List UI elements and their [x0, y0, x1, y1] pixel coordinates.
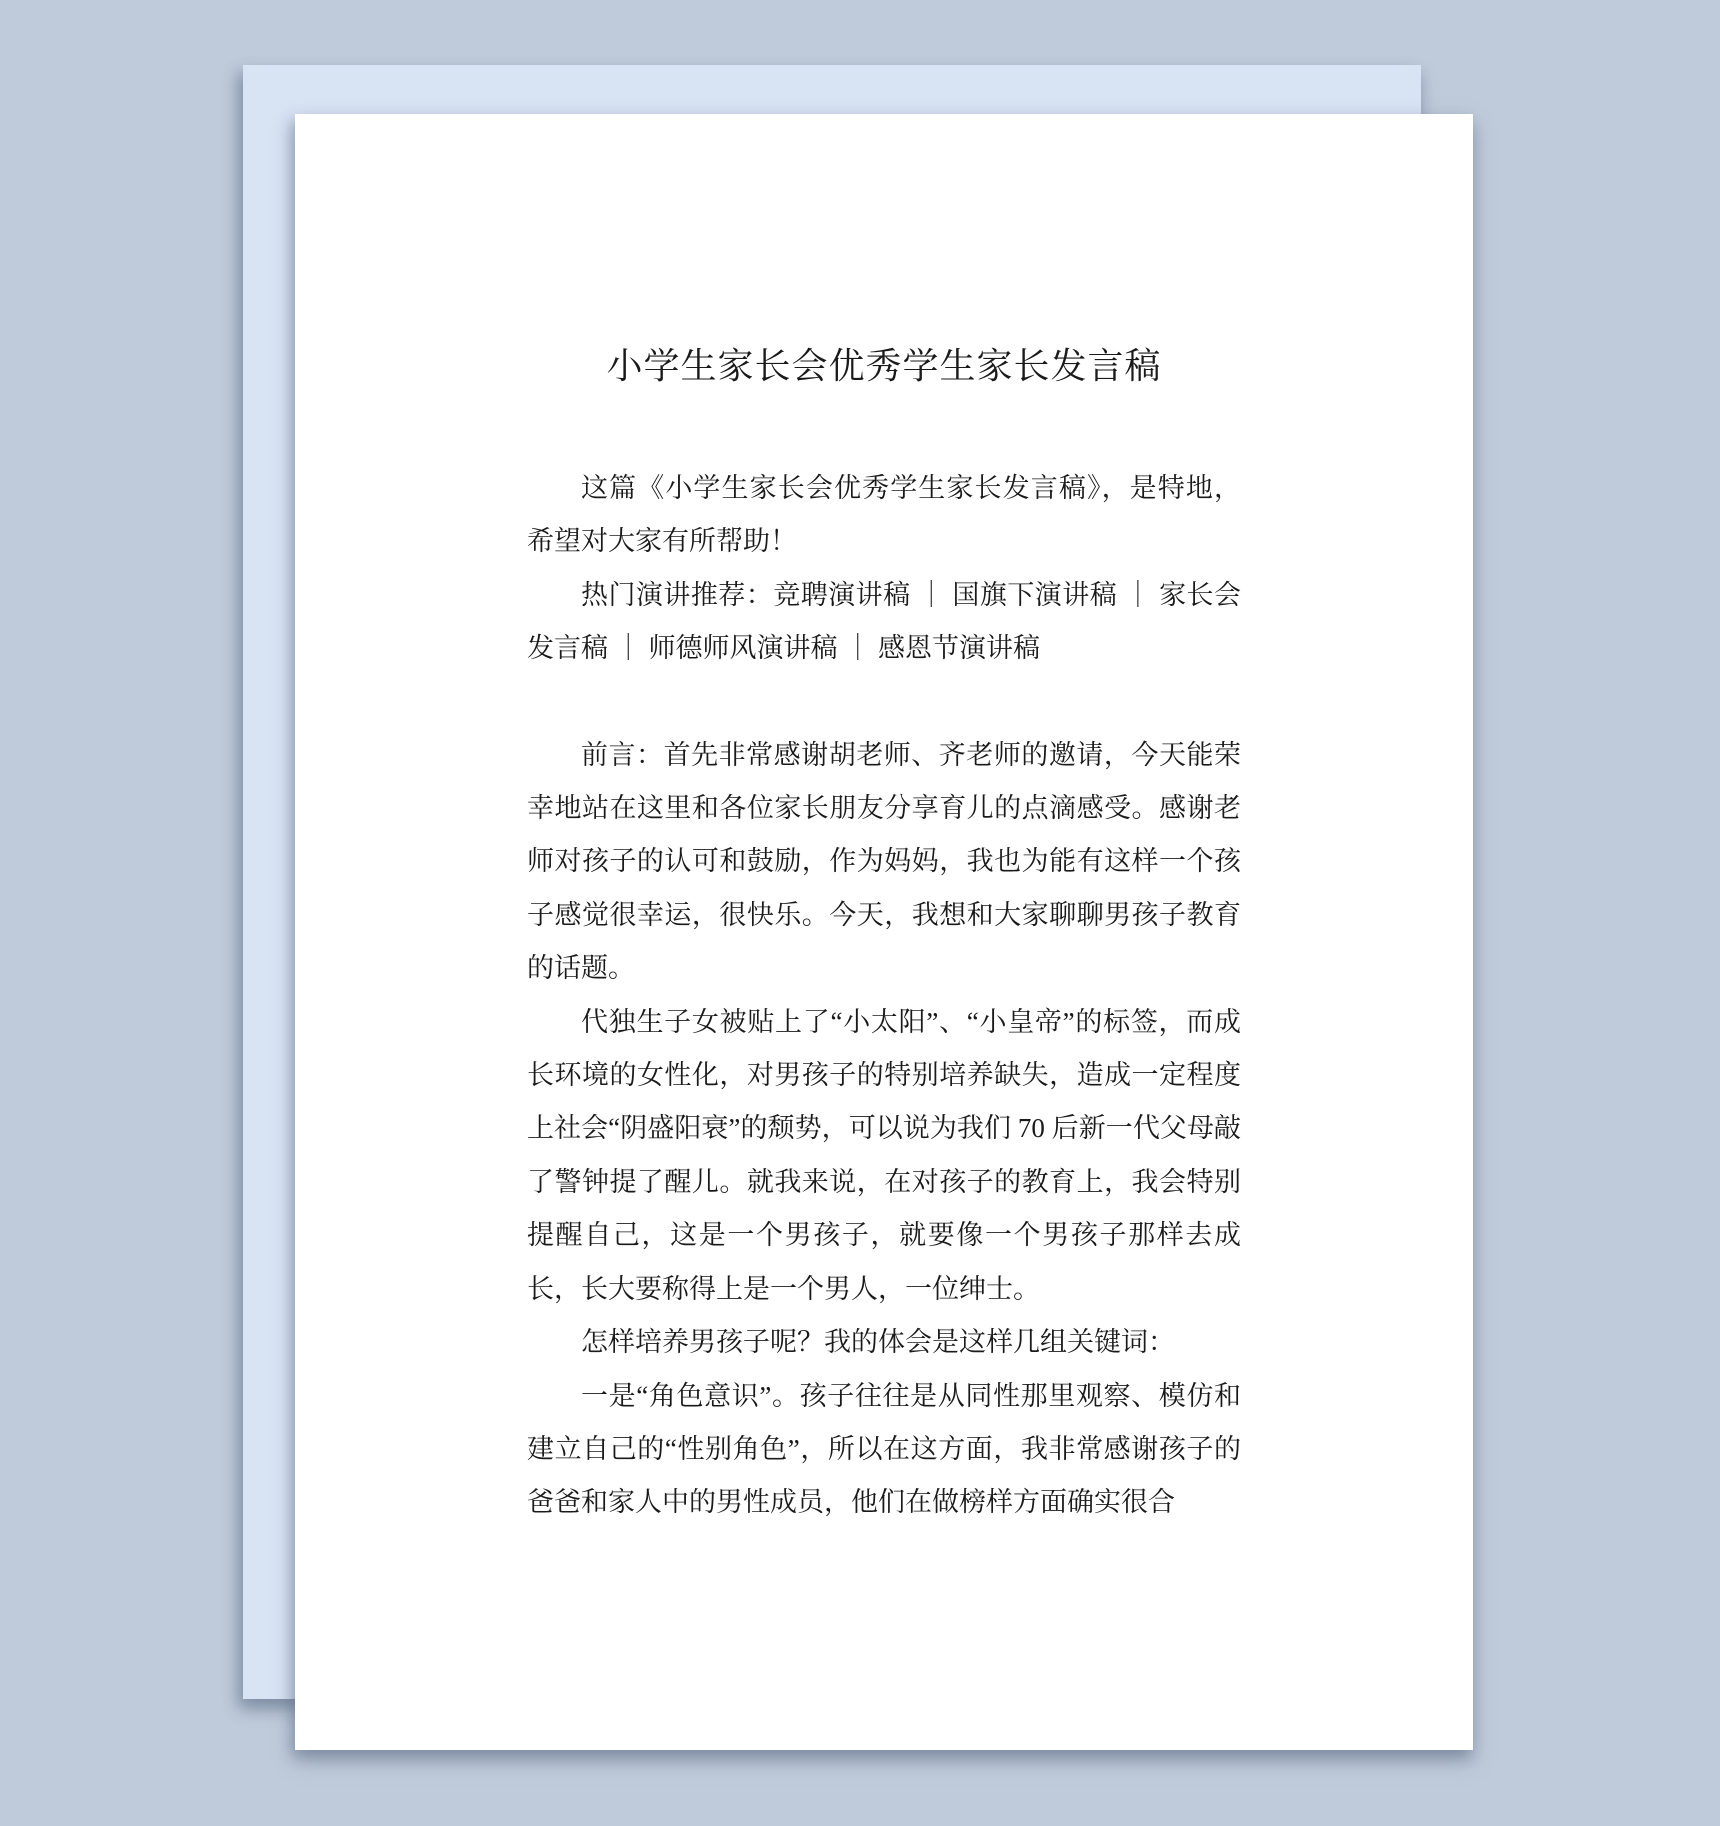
document-page: 小学生家长会优秀学生家长发言稿 这篇《小学生家长会优秀学生家长发言稿》，是特地，… — [295, 114, 1473, 1750]
paragraph-recommend-links: 热门演讲推荐：竞聘演讲稿 ｜ 国旗下演讲稿 ｜ 家长会发言稿 ｜ 师德师风演讲稿… — [527, 569, 1241, 676]
document-title: 小学生家长会优秀学生家长发言稿 — [527, 338, 1241, 389]
paragraph-foreword: 前言：首先非常感谢胡老师、齐老师的邀请，今天能荣幸地站在这里和各位家长朋友分享育… — [527, 729, 1241, 996]
paragraph-keywords-lead: 怎样培养男孩子呢？我的体会是这样几组关键词： — [527, 1316, 1241, 1369]
document-body: 这篇《小学生家长会优秀学生家长发言稿》，是特地，希望对大家有所帮助！ 热门演讲推… — [527, 462, 1241, 1530]
blank-line — [527, 676, 1241, 729]
paragraph-boys-education: 代独生子女被贴上了“小太阳”、“小皇帝”的标签，而成长环境的女性化，对男孩子的特… — [527, 996, 1241, 1316]
paragraph-intro: 这篇《小学生家长会优秀学生家长发言稿》，是特地，希望对大家有所帮助！ — [527, 462, 1241, 569]
document-preview: 小学生家长会优秀学生家长发言稿 这篇《小学生家长会优秀学生家长发言稿》，是特地，… — [0, 0, 1720, 1826]
paragraph-role-awareness: 一是“角色意识”。孩子往往是从同性那里观察、模仿和建立自己的“性别角色”，所以在… — [527, 1370, 1241, 1530]
